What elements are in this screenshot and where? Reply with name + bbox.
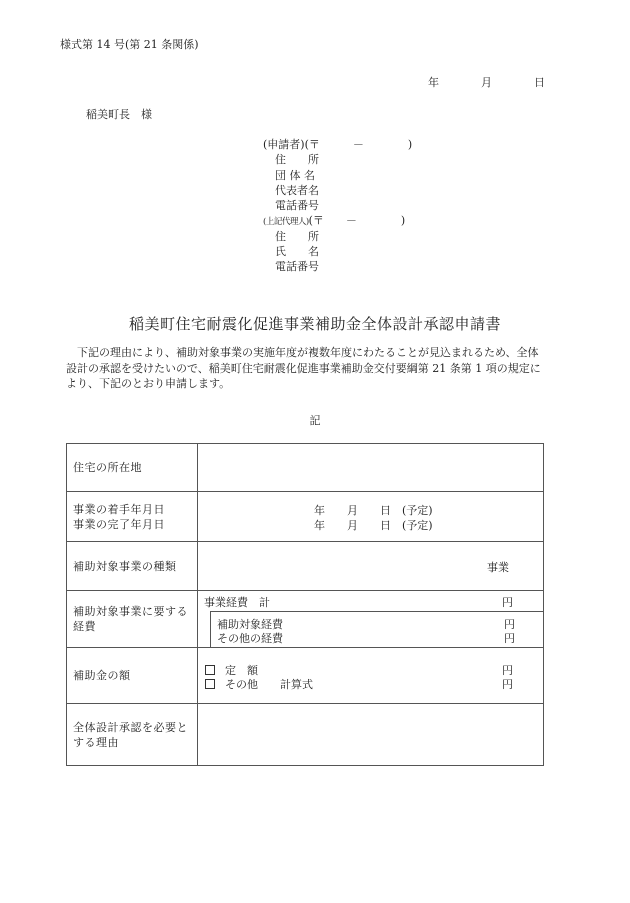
checkbox-icon[interactable] [205,679,215,689]
applicant-block: (申請者)(〒 － ) 住 所 団 体 名 代表者名 電話番号 (上記代理人)(… [263,137,412,275]
dates-field[interactable]: 年 月 日 (予定) 年 月 日 (予定) [198,492,544,542]
proxy-heading-label: (上記代理人) [263,217,309,227]
body-paragraph: 下記の理由により、補助対象事業の実施年度が複数年度にわたることが見込まれるため、… [66,345,546,392]
application-table: 住宅の所在地 事業の着手年月日 事業の完了年月日 年 月 日 (予定) 年 月 … [66,443,544,766]
applicant-org-label: 団 体 名 [263,168,412,183]
ki-heading: 記 [0,412,630,428]
reason-field[interactable] [198,704,544,766]
start-date-value: 年 月 日 (予定) [314,502,433,518]
applicant-heading: (申請者)(〒 － ) [263,137,412,152]
addressee: 稲美町長 様 [86,106,152,122]
proxy-name-label: 氏 名 [263,244,412,259]
date-year-label: 年 [428,74,439,90]
end-date-value: 年 月 日 (予定) [314,517,433,533]
checkbox-icon[interactable] [205,665,215,675]
proxy-address-label: 住 所 [263,229,412,244]
table-row-dates: 事業の着手年月日 事業の完了年月日 年 月 日 (予定) 年 月 日 (予定) [67,492,544,542]
location-label: 住宅の所在地 [67,444,198,492]
table-row-type: 補助対象事業の種類 事業 [67,542,544,591]
type-label: 補助対象事業の種類 [67,542,198,591]
other-cost-label: その他の経費 [217,630,283,646]
type-field[interactable]: 事業 [198,542,544,591]
applicant-address-label: 住 所 [263,152,412,167]
form-number: 様式第 14 号(第 21 条関係) [60,36,199,52]
reason-label: 全体設計承認を必要とする理由 [67,704,198,766]
other-amount-label: その他 計算式 [225,678,313,691]
table-row-location: 住宅の所在地 [67,444,544,492]
table-row-reason: 全体設計承認を必要とする理由 [67,704,544,766]
amount-field: 定 額 円 その他 計算式 円 [198,648,544,704]
end-date-label: 事業の完了年月日 [73,517,197,532]
cost-label: 補助対象事業に要する経費 [67,591,198,648]
cost-breakdown-box: 補助対象経費 円 その他の経費 円 [210,611,544,648]
dates-label: 事業の着手年月日 事業の完了年月日 [67,492,198,542]
date-month-label: 月 [481,74,492,90]
document-title: 稲美町住宅耐震化促進事業補助金全体設計承認申請書 [0,313,630,334]
proxy-phone-label: 電話番号 [263,259,412,274]
total-cost-label: 事業経費 計 [204,594,270,610]
date-day-label: 日 [534,74,545,90]
table-row-cost: 補助対象事業に要する経費 事業経費 計 円 補助対象経費 円 その他の経費 円 [67,591,544,648]
applicant-rep-label: 代表者名 [263,183,412,198]
other-amount-option[interactable]: その他 計算式 [205,676,313,692]
other-amount-yen: 円 [502,676,513,692]
proxy-heading: (上記代理人)(〒 － ) [263,213,412,228]
other-cost-yen: 円 [504,630,515,646]
location-field[interactable] [198,444,544,492]
total-cost-yen: 円 [502,594,513,610]
cost-field[interactable]: 事業経費 計 円 補助対象経費 円 その他の経費 円 [198,591,544,648]
start-date-label: 事業の着手年月日 [73,502,197,517]
amount-label: 補助金の額 [67,648,198,704]
type-suffix: 事業 [487,559,509,575]
proxy-postal: (〒 － ) [309,214,406,227]
applicant-phone-label: 電話番号 [263,198,412,213]
table-row-amount: 補助金の額 定 額 円 その他 計算式 円 [67,648,544,704]
